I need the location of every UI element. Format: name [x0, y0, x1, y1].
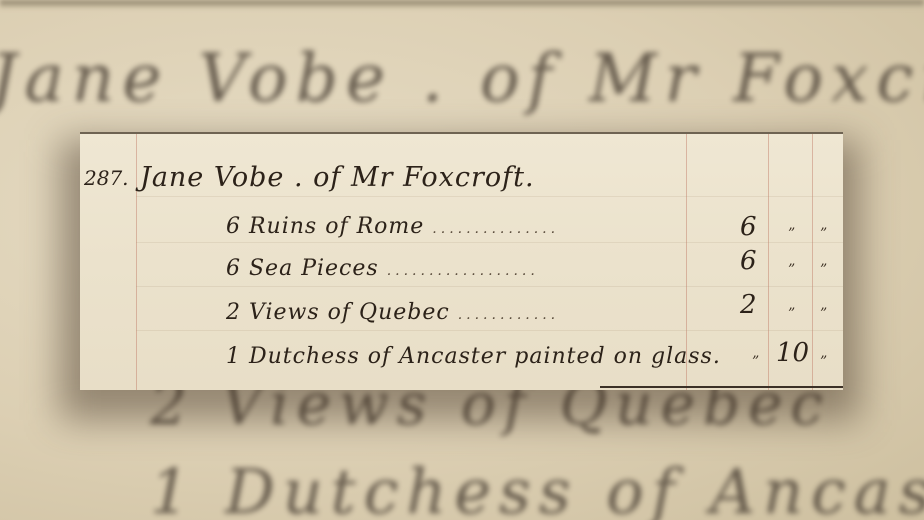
ditto-mark: ” [820, 354, 827, 370]
ledger-item: 2 Views of Quebec ............ [226, 300, 559, 325]
ledger-item: 6 Sea Pieces .................. [226, 256, 539, 281]
faint-ruled-line [136, 242, 843, 243]
ledger-item: 6 Ruins of Rome ............... [226, 214, 559, 239]
item-description: 6 Ruins of Rome [226, 214, 424, 239]
leader-dots: ............ [458, 307, 559, 323]
faint-ruled-line [136, 330, 843, 331]
item-description: 2 Views of Quebec [226, 300, 450, 325]
column-rule-3 [812, 134, 813, 390]
ditto-mark: ” [788, 306, 795, 322]
ledger-inset: 287. Jane Vobe . of Mr Foxcroft. 6 Ruins… [80, 132, 843, 390]
item-quantity: 6 [740, 246, 757, 276]
ditto-mark: ” [752, 354, 759, 370]
background-top-edge [0, 0, 924, 8]
closing-rule [600, 386, 843, 388]
background-text-heading: Jane Vobe . of Mr Foxcroft. [0, 40, 924, 117]
ditto-mark: ” [788, 226, 795, 242]
faint-ruled-line [136, 286, 843, 287]
ditto-mark: ” [788, 262, 795, 278]
column-rule-2 [768, 134, 769, 390]
item-amount: 10 [776, 338, 809, 368]
ditto-mark: ” [820, 262, 827, 278]
leader-dots: .................. [387, 263, 539, 279]
ditto-mark: ” [820, 226, 827, 242]
ditto-mark: ” [820, 306, 827, 322]
item-description: 6 Sea Pieces [226, 256, 379, 281]
item-quantity: 2 [740, 290, 757, 320]
margin-rule [136, 134, 137, 390]
entry-number: 287. [84, 166, 129, 190]
item-quantity: 6 [740, 212, 757, 242]
ledger-item: 1 Dutchess of Ancaster painted on glass. [226, 344, 721, 369]
leader-dots: ............... [432, 221, 559, 237]
faint-ruled-line [136, 196, 843, 197]
background-text-dutchess: 1 Dutchess of Ancaster painted [150, 455, 924, 520]
entry-heading: Jane Vobe . of Mr Foxcroft. [140, 162, 535, 193]
item-description: 1 Dutchess of Ancaster painted on glass. [226, 344, 721, 369]
